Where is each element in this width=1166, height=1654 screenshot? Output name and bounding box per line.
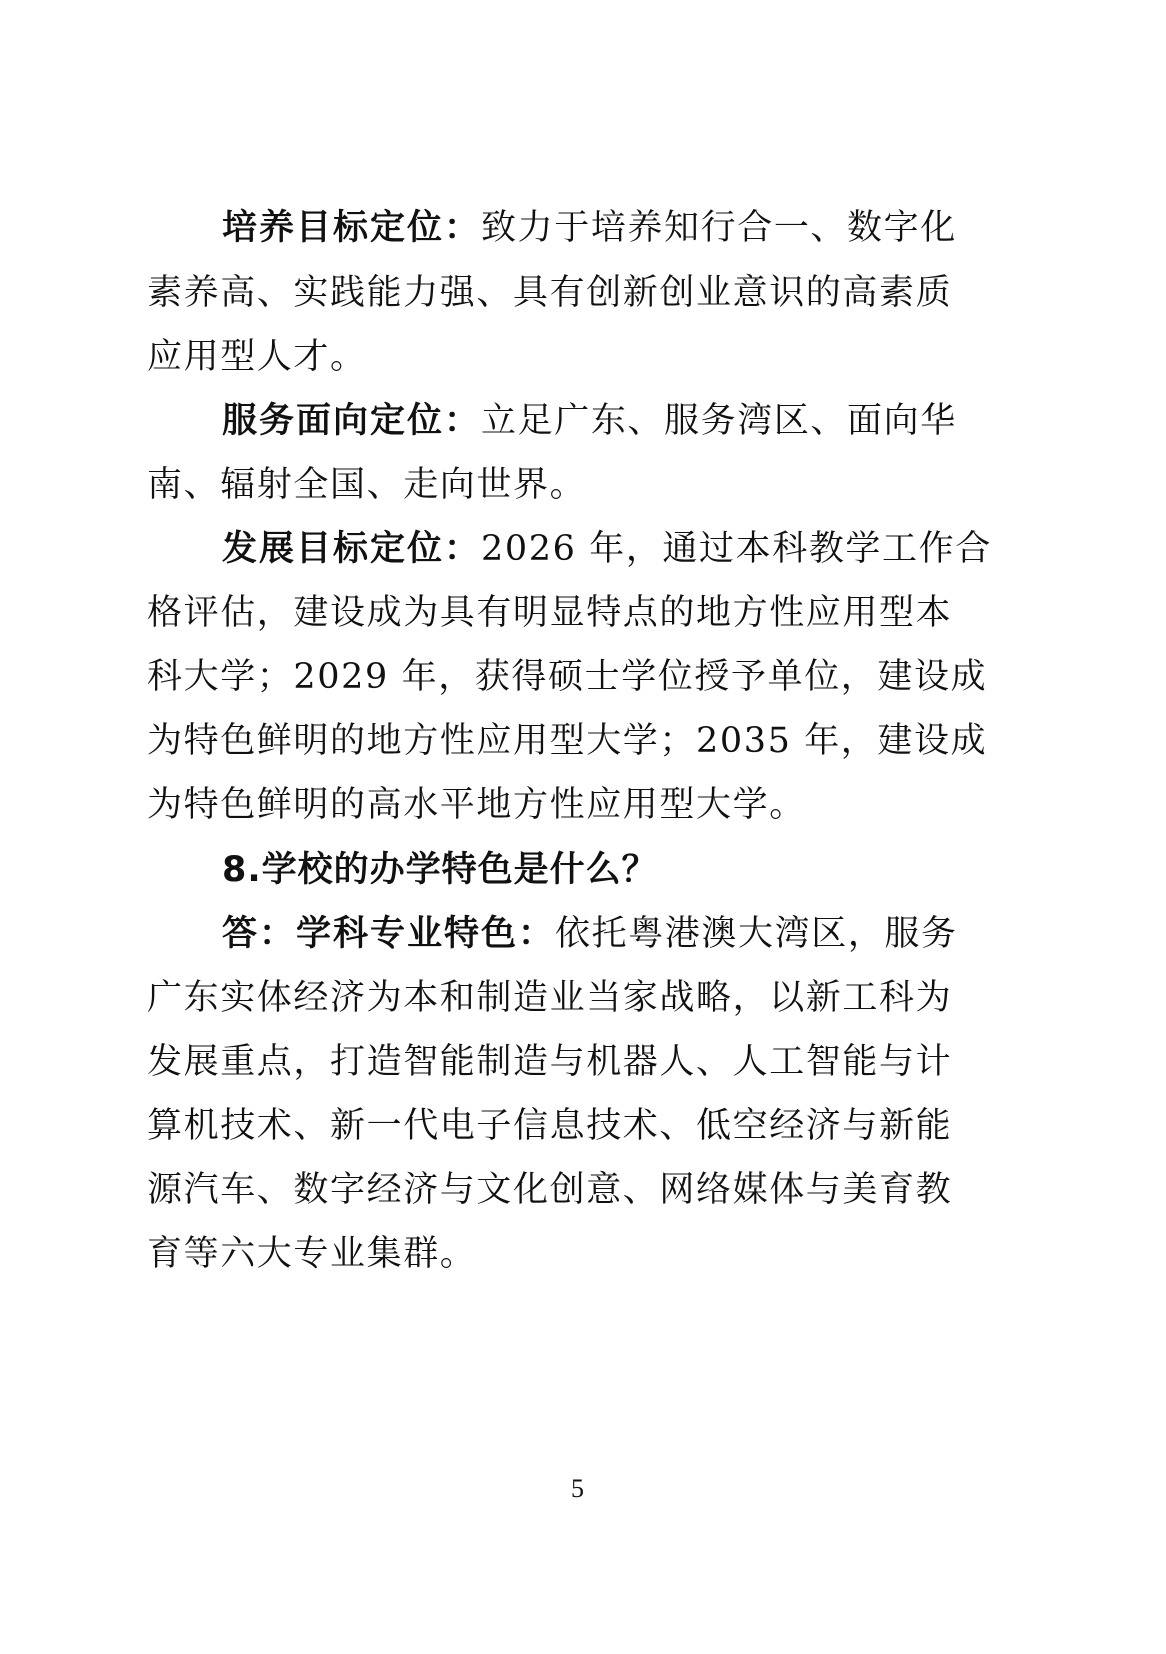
- answer-text: 依托粤港澳大湾区，服务: [555, 914, 958, 954]
- answer-line-5: 源汽车、数字经济与文化创意、网络媒体与美育教: [147, 1168, 967, 1212]
- question-heading: 8.学校的办学特色是什么？: [222, 848, 1042, 892]
- section-label-service-orientation: 服务面向定位：: [222, 401, 481, 441]
- paragraph-development-goal-line-4: 为特色鲜明的地方性应用型大学；2035 年，建设成: [147, 719, 967, 763]
- paragraph-training-goal-line-2: 素养高、实践能力强、具有创新创业意识的高素质: [147, 271, 967, 315]
- answer-line-6: 育等六大专业集群。: [147, 1232, 967, 1276]
- section-label-training-goal: 培养目标定位：: [222, 208, 481, 248]
- answer-line-1: 答：学科专业特色：依托粤港澳大湾区，服务: [222, 912, 1042, 956]
- answer-label: 学科专业特色：: [296, 914, 555, 954]
- answer-line-4: 算机技术、新一代电子信息技术、低空经济与新能: [147, 1104, 967, 1148]
- paragraph-development-goal-line-5: 为特色鲜明的高水平地方性应用型大学。: [147, 783, 967, 827]
- page-number: 5: [571, 1474, 584, 1504]
- paragraph-service-orientation-line-2: 南、辐射全国、走向世界。: [147, 463, 967, 507]
- paragraph-text: 立足广东、服务湾区、面向华: [481, 401, 957, 441]
- paragraph-service-orientation-line-1: 服务面向定位：立足广东、服务湾区、面向华: [222, 399, 1042, 443]
- section-label-development-goal: 发展目标定位：: [222, 529, 481, 569]
- paragraph-text: 致力于培养知行合一、数字化: [481, 208, 957, 248]
- paragraph-training-goal-line-1: 培养目标定位：致力于培养知行合一、数字化: [222, 206, 1042, 250]
- paragraph-development-goal-line-2: 格评估，建设成为具有明显特点的地方性应用型本: [147, 591, 967, 635]
- answer-prefix: 答：: [222, 914, 296, 954]
- answer-line-2: 广东实体经济为本和制造业当家战略，以新工科为: [147, 976, 967, 1020]
- paragraph-development-goal-line-1: 发展目标定位：2026 年，通过本科教学工作合: [222, 527, 1042, 571]
- document-page: 培养目标定位：致力于培养知行合一、数字化 素养高、实践能力强、具有创新创业意识的…: [0, 0, 1166, 1654]
- paragraph-text: 2026 年，通过本科教学工作合: [481, 529, 992, 569]
- paragraph-development-goal-line-3: 科大学；2029 年，获得硕士学位授予单位，建设成: [147, 655, 967, 699]
- answer-line-3: 发展重点，打造智能制造与机器人、人工智能与计: [147, 1040, 967, 1084]
- paragraph-training-goal-line-3: 应用型人才。: [147, 335, 967, 379]
